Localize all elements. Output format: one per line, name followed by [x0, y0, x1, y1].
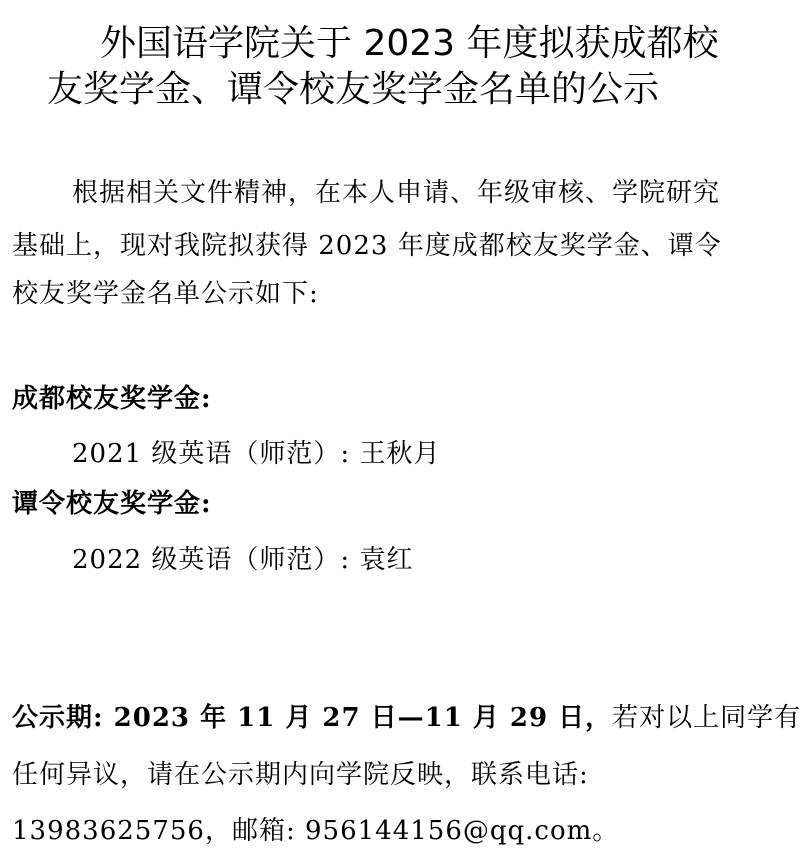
- intro-line-3: 校友奖学金名单公示如下:: [12, 277, 319, 311]
- intro-line-2: 基础上，现对我院拟获得 2023 年度成都校友奖学金、谭令: [12, 229, 722, 263]
- notice-period-line: 公示期: 2023 年 11 月 27 日—11 月 29 日，若对以上同学有: [12, 701, 800, 735]
- intro-line-1: 根据相关文件精神，在本人申请、年级审核、学院研究: [72, 176, 720, 210]
- notice-line-2: 任何异议，请在公示期内向学院反映，联系电话:: [12, 758, 589, 792]
- scholarship-heading-tanling: 谭令校友奖学金:: [12, 487, 212, 521]
- scholarship-heading-chengdu: 成都校友奖学金:: [12, 382, 212, 416]
- notice-title-line-2: 友奖学金、谭令校友奖学金名单的公示: [47, 68, 800, 112]
- notice-contact-line: 13983625756，邮箱: 956144156@qq.com。: [12, 814, 619, 848]
- notice-line-1-rest: 若对以上同学有: [612, 703, 800, 733]
- notice-title-line-1: 外国语学院关于 2023 年度拟获成都校: [100, 22, 800, 66]
- scholarship-entry-chengdu: 2021 级英语（师范）: 王秋月: [72, 437, 440, 471]
- scholarship-entry-tanling: 2022 级英语（师范）: 袁红: [72, 543, 413, 577]
- notice-period-label: 公示期: 2023 年 11 月 27 日—11 月 29 日，: [12, 703, 612, 733]
